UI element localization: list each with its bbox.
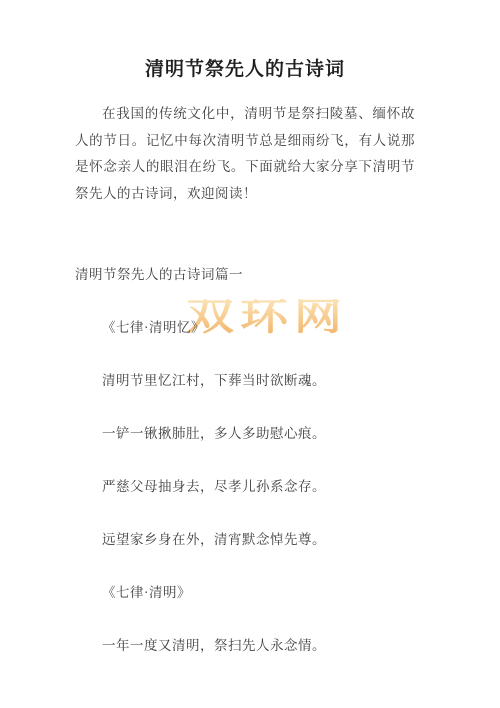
poem-title: 《七律·清明》 bbox=[75, 580, 415, 607]
poem-line: 远望家乡身在外，清宵默念悼先尊。 bbox=[75, 527, 415, 554]
poem-line: 一铲一锹揪肺肚，多人多助慰心痕。 bbox=[75, 421, 415, 448]
document-content: 清明节祭先人的古诗词 在我国的传统文化中，清明节是祭扫陵墓、缅怀故人的节日。记忆… bbox=[0, 0, 500, 660]
poem-title: 《七律·清明忆》 bbox=[75, 315, 415, 342]
poem-line: 清明节里忆江村，下葬当时欲断魂。 bbox=[75, 368, 415, 395]
poem-line: 严慈父母抽身去，尽孝儿孙系念存。 bbox=[75, 474, 415, 501]
poem-line: 一年一度又清明，祭扫先人永念情。 bbox=[75, 633, 415, 660]
document-title: 清明节祭先人的古诗词 bbox=[75, 56, 415, 84]
intro-paragraph: 在我国的传统文化中，清明节是祭扫陵墓、缅怀故人的节日。记忆中每次清明节总是细雨纷… bbox=[75, 101, 415, 207]
section-heading: 清明节祭先人的古诗词篇一 bbox=[75, 262, 415, 289]
document-page: 双环网 清明节祭先人的古诗词 在我国的传统文化中，清明节是祭扫陵墓、缅怀故人的节… bbox=[0, 0, 500, 708]
